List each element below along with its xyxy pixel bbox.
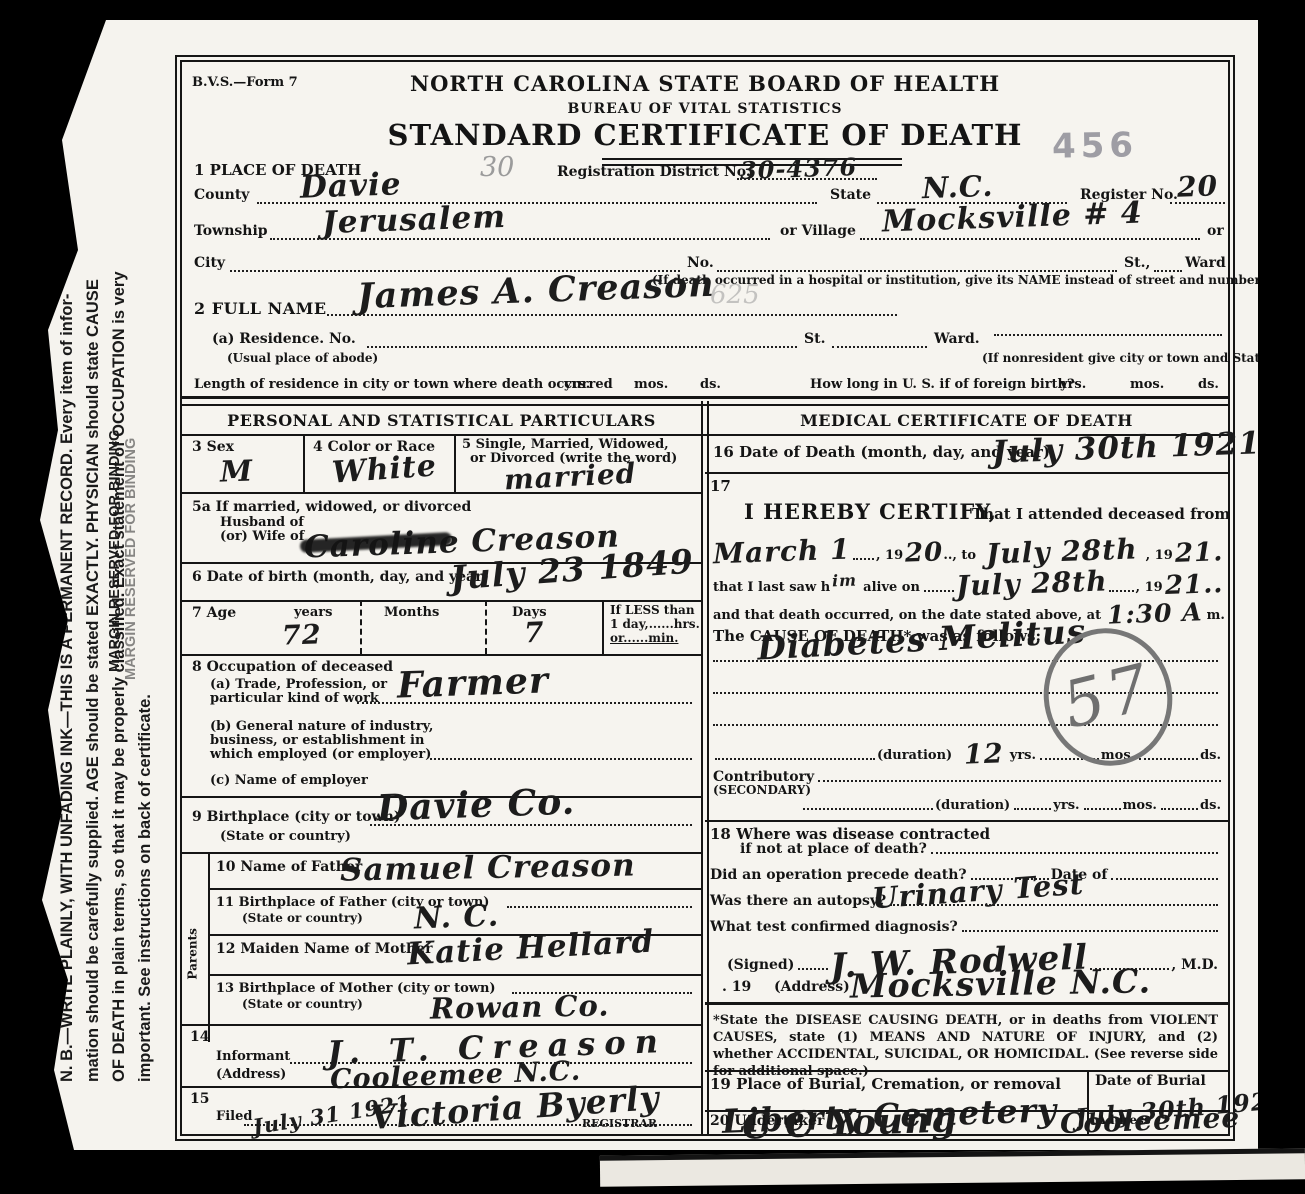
dotted-leader [715, 758, 875, 760]
margin-note-line2: mation should be carefully supplied. AGE… [80, 271, 106, 1082]
last-saw-label2: alive on [863, 581, 920, 595]
or-label: or [1207, 224, 1224, 239]
yrs-label: yrs. [1010, 749, 1036, 763]
dotted-leader [327, 314, 897, 316]
mother-name-label: 12 Maiden Name of Mother [216, 942, 432, 957]
duration2-row: (duration) yrs. mos. ds. [713, 792, 1223, 814]
state-label: State [830, 188, 871, 203]
abode-note: (Usual place of abode) [227, 352, 378, 365]
dotted-leader [717, 270, 1117, 272]
dotted-leader [994, 334, 1222, 336]
less-than-label1: If LESS than [610, 604, 695, 617]
where-contracted-row: if not at place of death? [740, 840, 1220, 858]
age-days-value: 7 [523, 616, 545, 650]
less-than-label2: 1 day,......hrs. [610, 618, 700, 631]
age-label: 7 Age [192, 606, 236, 621]
birthplace-value: Davie Co. [376, 781, 575, 830]
ds-label: ds. [1198, 378, 1219, 392]
township-label: Township [194, 224, 268, 239]
age-years-value: 72 [281, 619, 322, 651]
dotted-leader [832, 346, 927, 348]
age-years-label: years [294, 606, 332, 620]
binding-margin: N. B.—WRITE PLAINLY, WITH UNFADING INK—T… [46, 32, 196, 1142]
ds-label: ds. [700, 378, 721, 392]
dob-label: 6 Date of birth (month, day, and year) [192, 570, 489, 585]
pencil-625: 625 [710, 280, 760, 310]
to-label: .., to [943, 549, 976, 563]
residence-label: (a) Residence. No. [212, 332, 356, 347]
board-title: NORTH CAROLINA STATE BOARD OF HEALTH [182, 72, 1228, 95]
dotted-leader [924, 590, 954, 592]
row-line [182, 654, 701, 656]
autopsy-label: Was there an autopsy? [710, 894, 886, 909]
comma19-label: , 19 [1136, 581, 1163, 595]
informant-label: Informant [216, 1050, 290, 1064]
dotted-leader [818, 780, 1221, 782]
scan-background: { "margin": { "binding": "MARGIN RESERVE… [0, 0, 1305, 1194]
dotted-leader [853, 558, 874, 560]
dotted-leader [1154, 270, 1182, 272]
where-contracted-label2: if not at place of death? [740, 842, 927, 857]
mos-label: mos. [634, 378, 668, 392]
cell-divider [454, 434, 456, 492]
date-of-death-value: July 30th 1921 [991, 425, 1261, 470]
spouse-wife-label: (or) Wife of [220, 530, 304, 544]
duration-label: (duration) [935, 799, 1010, 813]
sex-value: M [219, 453, 253, 488]
number-stamp: 456 [1052, 125, 1139, 166]
signed-label: (Signed) [727, 958, 794, 973]
dotted-leader [1161, 808, 1198, 810]
ward-label: Ward [1185, 256, 1226, 271]
nonresident-note: (If nonresident give city or town and St… [982, 352, 1273, 365]
full-name-label: 2 FULL NAME [194, 300, 327, 318]
dotted-leader [1170, 202, 1225, 204]
yrs-label: yrs. [1060, 378, 1086, 392]
certificate-form: B.V.S.—Form 7 NORTH CAROLINA STATE BOARD… [180, 60, 1230, 1136]
test-confirmed-label: What test confirmed diagnosis? [710, 920, 958, 935]
ds-label: ds. [1200, 749, 1221, 763]
column-divider [701, 401, 709, 1134]
father-birthplace-sub: (State or country) [242, 912, 363, 925]
birthplace-sub-label: (State or country) [220, 830, 351, 844]
st-label: St., [1124, 256, 1150, 271]
registration-district-value: 30-4376 [740, 152, 858, 185]
state-value: N.C. [921, 169, 994, 205]
filed-label: Filed [216, 1110, 252, 1124]
row-line [182, 600, 701, 602]
race-value: White [331, 448, 438, 490]
occupation-a-value: Farmer [396, 659, 549, 706]
dotted-leader [1139, 758, 1198, 760]
county-value: Davie [299, 166, 402, 206]
burial-place-label: 19 Place of Burial, Cremation, or remova… [710, 1076, 1061, 1093]
mos-label: mos. [1123, 799, 1157, 813]
age-months-label: Months [384, 606, 439, 620]
occupation-label: 8 Occupation of deceased [192, 660, 393, 675]
parents-strip-divider [208, 852, 210, 1042]
cell-divider [303, 434, 305, 492]
dotted-leader [860, 238, 1200, 240]
register-no-value: 20 [1176, 169, 1218, 203]
row-line [208, 974, 701, 976]
sex-label: 3 Sex [192, 440, 234, 455]
yrs-label: yrs. [564, 378, 590, 392]
bureau-title: BUREAU OF VITAL STATISTICS [182, 102, 1228, 117]
attended-from-row: March 1 , 19 20 .., to July 28th , 19 21… [713, 530, 1223, 564]
pencil-district-number: 30 [480, 152, 514, 183]
informant-address-label: (Address) [216, 1068, 286, 1082]
undertaker-address-value: Cooleemee [1059, 1101, 1240, 1140]
occupation-b-label3: which employed (or employer) [210, 748, 431, 762]
spouse-label: 5a If married, widowed, or divorced [192, 500, 471, 515]
item15-number: 15 [190, 1092, 209, 1107]
ds-label: ds. [1200, 799, 1221, 813]
dotted-leader [1084, 808, 1121, 810]
length-residence-label: Length of residence in city or town wher… [194, 378, 613, 392]
dotted-leader [270, 238, 770, 240]
dotted-leader [798, 968, 828, 970]
cell-divider [602, 600, 604, 654]
mos-label: mos. [1130, 378, 1164, 392]
residence-ward-label: Ward. [934, 332, 980, 347]
row-line [182, 492, 701, 494]
death-time-value: 1:30 A [1107, 597, 1203, 629]
village-label: or Village [780, 224, 856, 239]
registrar-label: REGISTRAR [582, 1118, 657, 1130]
comma19-label: , 19 [1146, 549, 1173, 563]
dotted-leader [1111, 878, 1218, 880]
md-label: , M.D. [1171, 958, 1218, 973]
personal-section-header: PERSONAL AND STATISTICAL PARTICULARS [182, 412, 701, 430]
marital-value: married [503, 457, 637, 497]
page-edge-sliver [600, 1148, 1305, 1186]
occupation-a-label2: particular kind of work [210, 692, 379, 706]
burial-date-label: Date of Burial [1095, 1074, 1206, 1089]
address19-prefix: . 19 [722, 980, 751, 995]
occupation-c-label: (c) Name of employer [210, 774, 368, 788]
binding-margin-rotated-text: N. B.—WRITE PLAINLY, WITH UNFADING INK—T… [46, 32, 196, 1142]
dotted-leader [507, 906, 692, 908]
dotted-leader [1109, 590, 1133, 592]
comma19-label: , 19 [876, 549, 903, 563]
certify-rest-label: That I attended deceased from [972, 506, 1230, 523]
dotted-leader [1014, 808, 1051, 810]
certificate-page: N. B.—WRITE PLAINLY, WITH UNFADING INK—T… [26, 20, 1258, 1150]
township-value: Jerusalem [321, 199, 506, 241]
dotted-leader [430, 758, 692, 760]
physician-address-label: (Address) [774, 980, 850, 995]
row-line [705, 820, 1228, 822]
yrs-label: yrs. [1053, 799, 1079, 813]
dotted-leader [370, 824, 692, 826]
mother-birthplace-value: Rowan Co. [430, 988, 610, 1025]
thick-row-line [705, 1002, 1228, 1005]
row-line [705, 472, 1228, 474]
item17-number: 17 [710, 478, 731, 495]
dashed-cell-divider [485, 600, 487, 654]
father-name-value: Samuel Creason [340, 847, 636, 888]
dotted-leader [737, 178, 877, 180]
margin-note-line1: N. B.—WRITE PLAINLY, WITH UNFADING INK—T… [54, 271, 80, 1082]
test-row: What test confirmed diagnosis? [710, 918, 1220, 936]
less-than-label3: or......min. [610, 632, 678, 645]
physician-address-value: Mocksville N.C. [850, 961, 1152, 1005]
row-line [705, 1070, 1228, 1072]
margin-binding-label: MARGIN RESERVED FOR BINDING [102, 430, 128, 672]
residence-st-label: St. [804, 332, 825, 347]
foreign-birth-label: How long in U. S. if of foreign birth? [810, 378, 1075, 392]
medical-section-header: MEDICAL CERTIFICATE OF DEATH [705, 412, 1228, 430]
dotted-leader [367, 346, 797, 348]
dotted-leader [803, 808, 933, 810]
last-saw-label1: that I last saw h [713, 581, 830, 595]
dotted-leader [931, 852, 1218, 854]
undertaker-value: C C Young [741, 1098, 958, 1147]
m-label: m. [1207, 609, 1225, 623]
mother-birthplace-sub: (State or country) [242, 998, 363, 1011]
father-birthplace-value: N. C. [413, 899, 499, 937]
county-label: County [194, 188, 249, 203]
row-line [208, 888, 701, 890]
city-label: City [194, 256, 225, 271]
certify-bold-label: I HEREBY CERTIFY, [744, 500, 997, 523]
registration-district-label: Registration District No. [557, 165, 751, 180]
duration-label: (duration) [877, 749, 952, 763]
item14-number: 14 [190, 1030, 209, 1045]
last-saw-row: that I last saw h im alive on July 28th … [713, 562, 1223, 596]
dashed-cell-divider [360, 600, 362, 654]
parents-vertical-label: Parents [186, 910, 199, 980]
him-handwritten: im [832, 571, 858, 591]
dotted-leader [962, 930, 1218, 932]
